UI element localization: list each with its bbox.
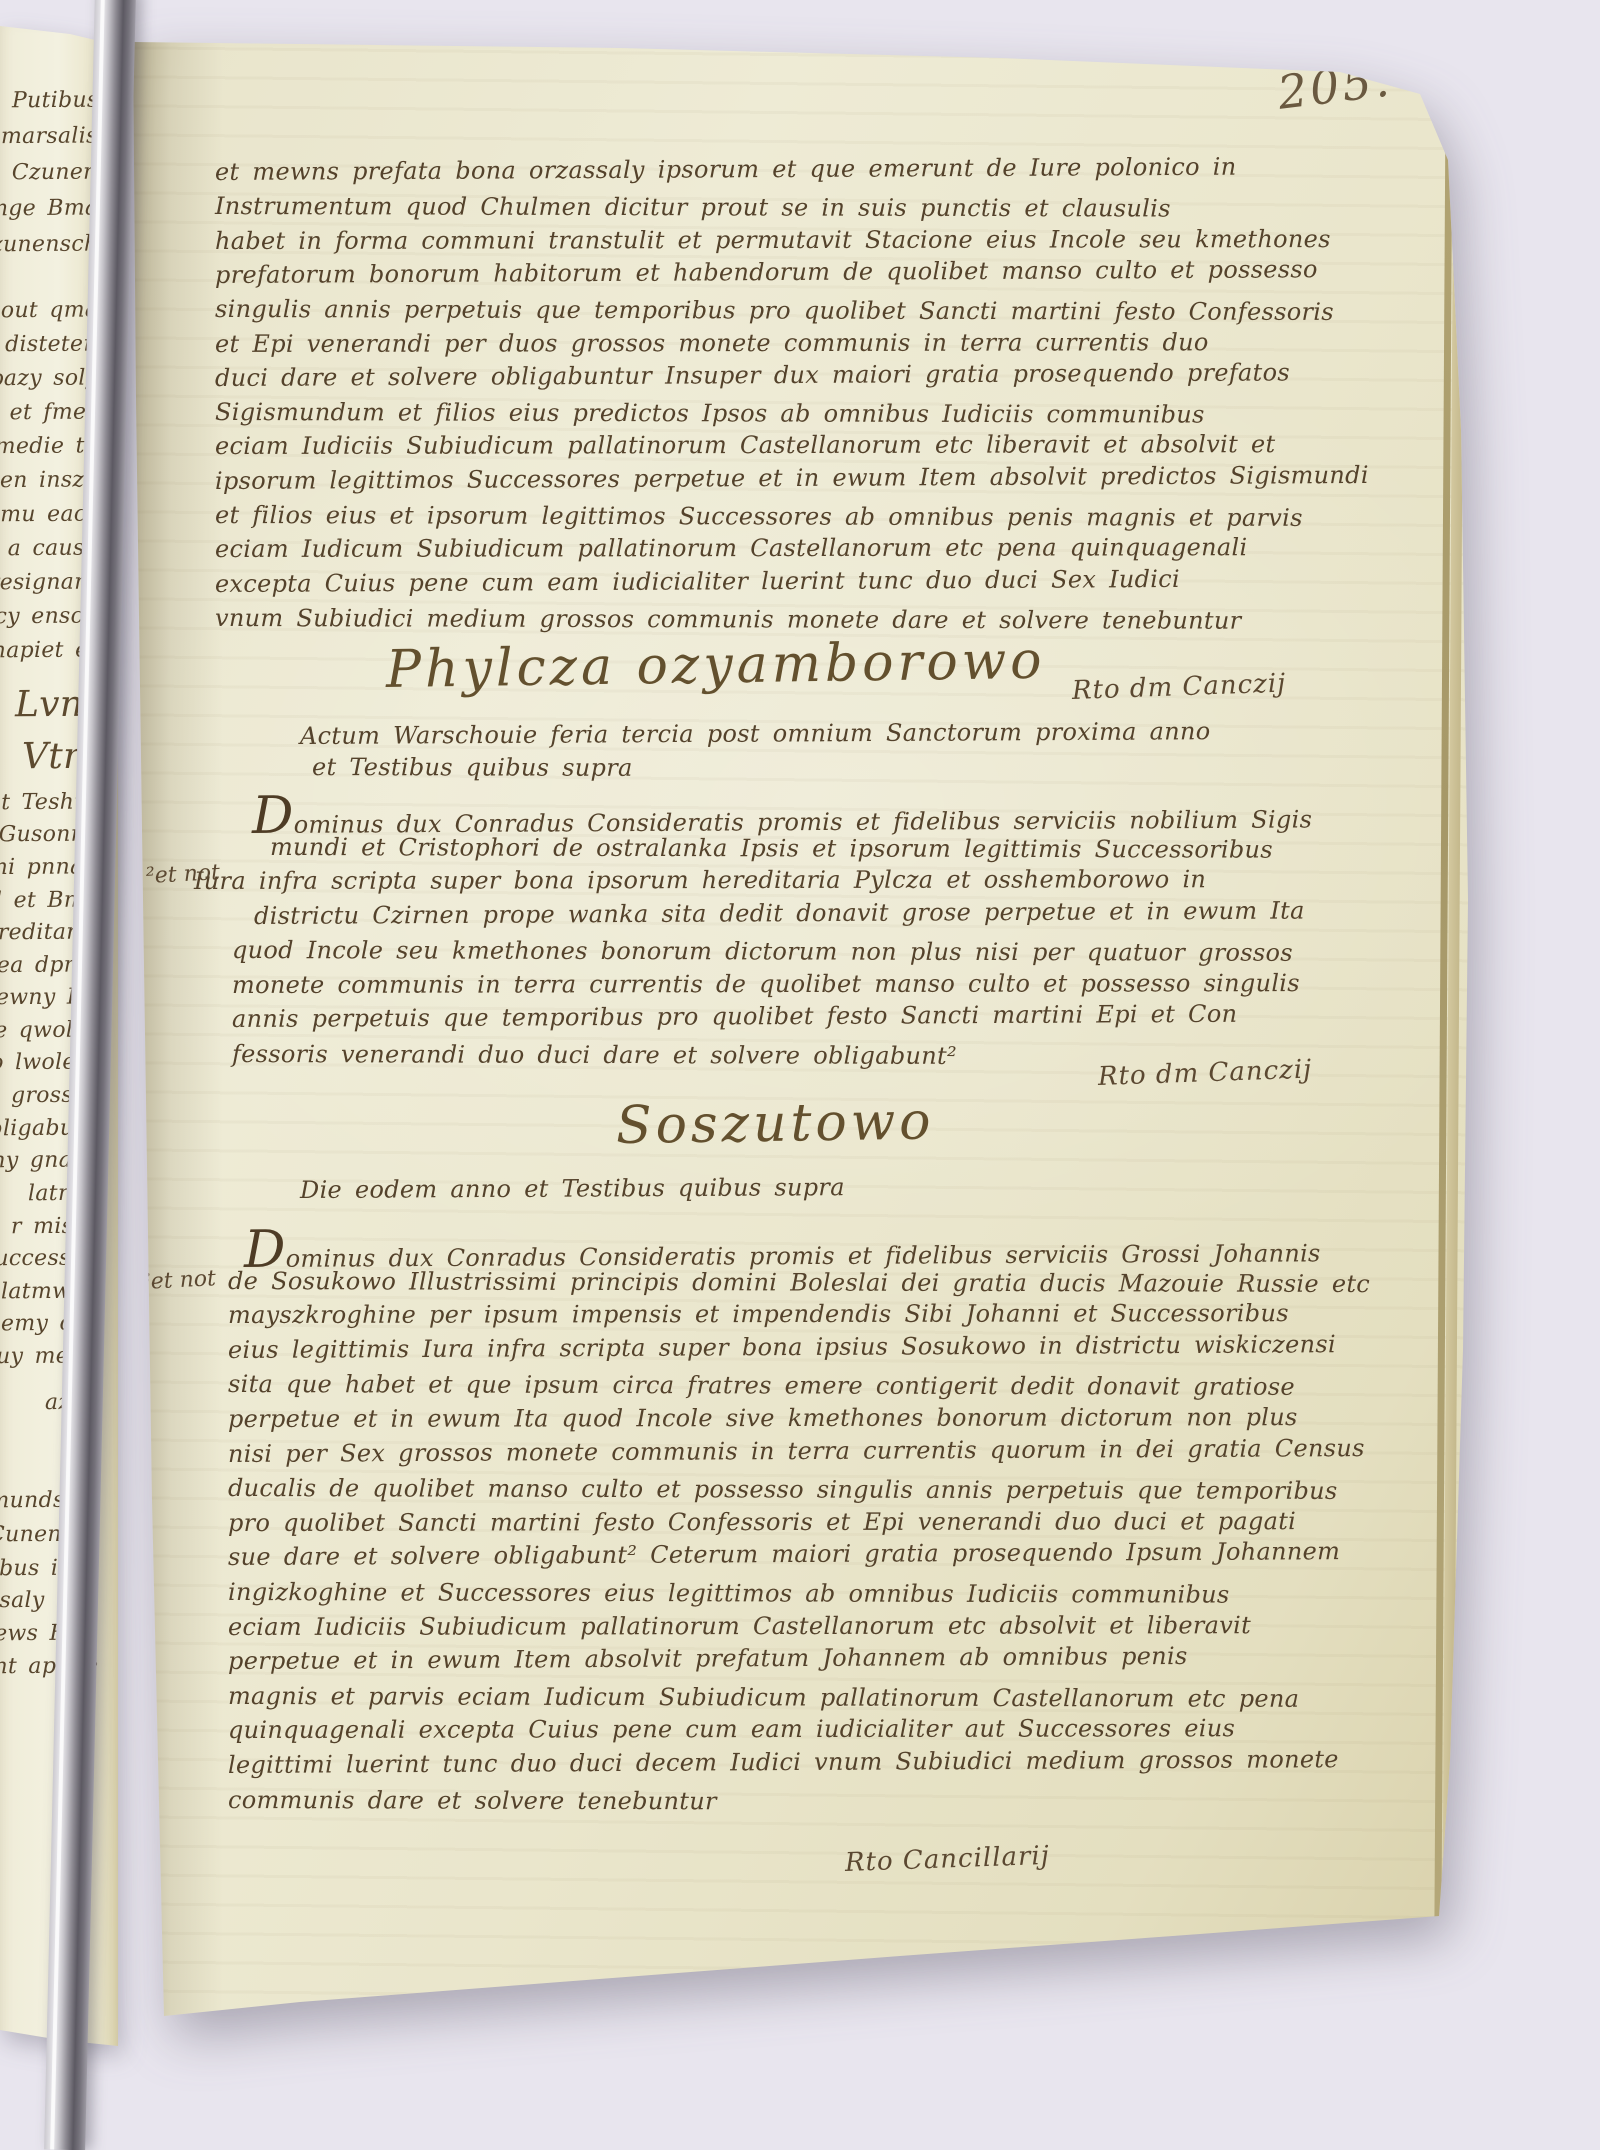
manuscript-photo: Putibuszen marsaliso Czunenmmge BmaCzune… [0,0,1600,2133]
press-bar-wrap [0,0,1600,2133]
page-holder-bar [44,0,136,2133]
